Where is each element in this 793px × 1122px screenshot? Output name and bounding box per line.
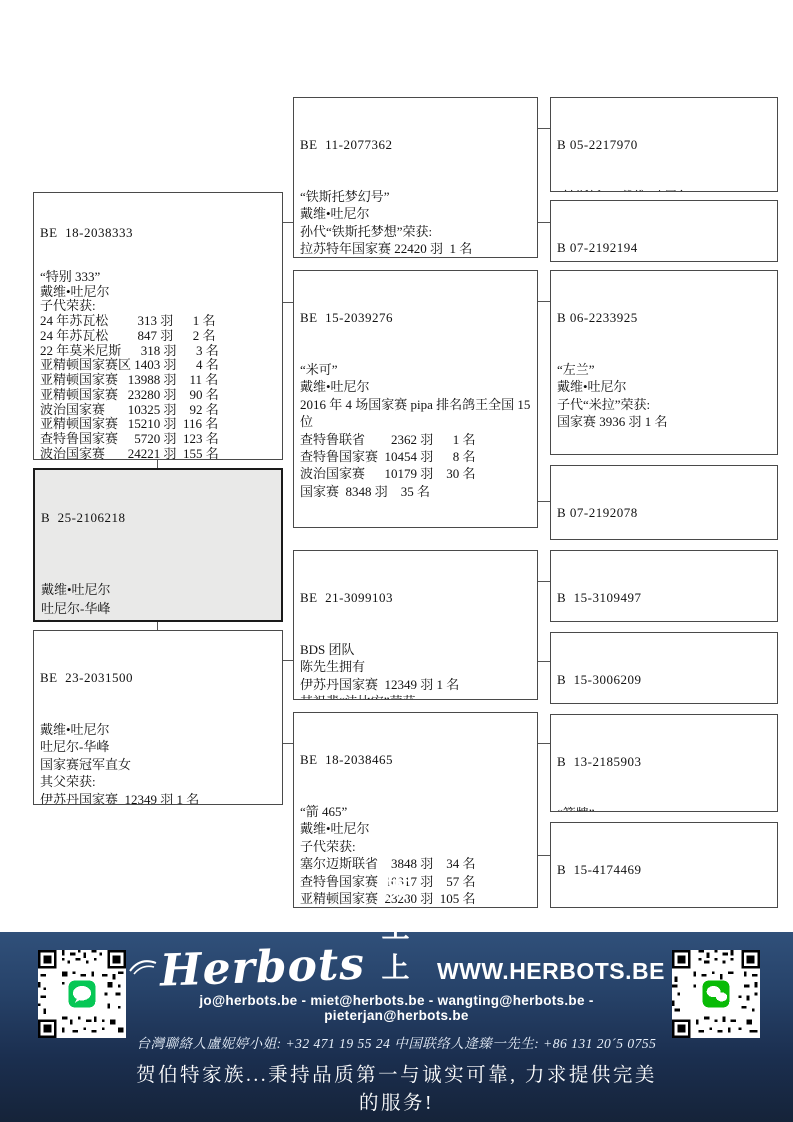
pedigree-connector (283, 222, 293, 223)
ring-number: BE 18-2038465 (300, 751, 531, 768)
text-line: 波治国家赛 10325 羽 92 名 (40, 403, 276, 418)
text-line: “箭 465” (300, 803, 531, 820)
box-lines: “箭牌”戴维•吐尼尔“铁斯托”直子“箭牌”的子代荣获:国家赛 18689 羽 4… (557, 805, 771, 812)
text-line: 国家赛 3936 羽 1 名 (557, 413, 771, 430)
text-line: 亚精顿国家赛 23280 羽 90 名 (40, 388, 276, 403)
contact-emails: jo@herbots.be - miet@herbots.be - wangti… (128, 993, 665, 1023)
text-line: 其父荣获: (40, 773, 276, 790)
pedigree-connector (283, 660, 293, 661)
pedigree-connector (538, 743, 550, 744)
text-line: 戴维•吐尼尔 (40, 285, 276, 300)
text-line: “左兰” (557, 361, 771, 378)
phone-contacts: 台灣聯絡人盧妮婷小姐: +32 471 19 55 24 中国联络人逄臻一先生:… (128, 1032, 665, 1052)
pedigree-connector (538, 301, 550, 302)
text-line: 戴维•吐尼尔 (40, 721, 276, 738)
pedigree-box-b-07-2192194: B 07-2192194 “芙蓉小姐” -戴维•吐尼尔波治国家赛 11933 羽… (550, 200, 778, 262)
pedigree-box-b-15-3109497: B 15-3109497 BDS 团队子代荣获:伊苏丹国家赛 12349 羽 1… (550, 550, 778, 622)
text-line: 查特鲁国家赛 5720 羽 123 名 (40, 432, 276, 447)
pedigree-page: BE 18-2038333 “特别 333”戴维•吐尼尔子代荣获:24 年苏瓦松… (0, 0, 793, 1122)
box-lines: “特别 333”戴维•吐尼尔子代荣获:24 年苏瓦松 313 羽 1 名24 年… (40, 270, 276, 460)
ring-number: B 15-4174469 (557, 861, 771, 878)
text-line: 戴维•吐尼尔 (300, 205, 531, 222)
text-line: 亚精顿国家赛 15210 羽 116 名 (40, 417, 276, 432)
text-line: BDS 团队 (300, 641, 531, 658)
ring-number: B 06-2233925 (557, 309, 771, 326)
box-lines: “米可”戴维•吐尼尔2016 年 4 场国家赛 pipa 排名鸽王全国 15 位… (300, 361, 531, 500)
ring-number: BE 18-2038333 (40, 226, 276, 241)
ring-number: BE 21-3099103 (300, 589, 531, 606)
brand-tagline: 品质至上 (381, 826, 421, 990)
footer-slogan: 贺伯特家族...秉持品质第一与诚实可靠, 力求提供完美的服务! (128, 1059, 665, 1115)
box-lines: 戴维•吐尼尔吐尼尔-华峰国家赛冠军直女其父荣获:伊苏丹国家赛 12349 羽 1… (40, 721, 276, 805)
text-line: 亚精顿国家赛 13988 羽 11 名 (40, 373, 276, 388)
qr-code-image (38, 950, 126, 1038)
pedigree-connector (157, 460, 158, 468)
pedigree-connector (283, 302, 293, 303)
ring-number: BE 15-2039276 (300, 309, 531, 326)
text-line: 孙代“铁斯托梦想”荣获: (300, 223, 531, 240)
pedigree-box-subject-b-25-2106218: B 25-2106218 戴维•吐尼尔吐尼尔-华峰雄 (33, 468, 283, 622)
line-qr-code (38, 950, 126, 1038)
text-line: 子代“米拉”荣获: (557, 396, 771, 413)
text-line: 子代荣获: (40, 299, 276, 314)
text-line: 国家赛 8348 羽 35 名 (300, 483, 531, 500)
ring-number: B 07-2192078 (557, 504, 771, 521)
box-lines: 戴维•吐尼尔吐尼尔-华峰雄 (41, 564, 275, 622)
pedigree-box-b-07-2192078: B 07-2192078 “灰国家雌” 戴维•吐尼尔子代“米拉”荣获:国家赛 3… (550, 465, 778, 540)
ring-number: B 05-2217970 (557, 136, 771, 153)
pedigree-box-be-11-2077362: BE 11-2077362 “铁斯托梦幻号”戴维•吐尼尔孙代“铁斯托梦想”荣获:… (293, 97, 538, 258)
pedigree-box-be-21-3099103: BE 21-3099103 BDS 团队陈先生拥有伊苏丹国家赛 12349 羽 … (293, 550, 538, 700)
box-lines: “左兰”戴维•吐尼尔子代“米拉”荣获:国家赛 3936 羽 1 名 (557, 361, 771, 431)
text-line: “米可” (300, 361, 531, 378)
text-line: “铁斯托”—戴维•吐尼尔 (557, 188, 771, 192)
brand-row: Herbots 品质至上 WWW.HERBOTS.BE (128, 938, 665, 990)
text-line: 吐尼尔-华峰 (41, 600, 275, 618)
text-line: 22 年莫米尼斯 318 羽 3 名 (40, 344, 276, 359)
text-line: 伊苏丹国家赛 12349 羽 1 名 (300, 676, 531, 693)
text-line: 戴维•吐尼尔 (41, 581, 275, 599)
text-line: “箭牌” (557, 805, 771, 812)
pedigree-box-b-15-3006209: B 15-3006209 BDS 团队子代“鸽王佛斯豪特”荣获:KBDB 一岁鸽… (550, 632, 778, 704)
text-line: 其祖辈“法比安”荣获: (300, 693, 531, 700)
pedigree-connector (538, 855, 550, 856)
brand-logo: Herbots (159, 942, 365, 993)
text-line: “特别 333” (40, 270, 276, 285)
wing-flourish-icon (128, 955, 158, 981)
text-line: 国家赛冠军直女 (40, 756, 276, 773)
text-line: 查特鲁国家赛 10454 羽 8 名 (300, 448, 531, 465)
line-app-icon (69, 981, 96, 1008)
ring-number: B 13-2185903 (557, 753, 771, 770)
text-line: 伊苏丹国家赛 12349 羽 1 名 (40, 791, 276, 805)
text-line: 查特鲁联省 2362 羽 1 名 (300, 431, 531, 448)
text-line: 2016 年 4 场国家赛 pipa 排名鸽王全国 15 位 (300, 396, 531, 431)
text-line (41, 564, 275, 581)
website-url: WWW.HERBOTS.BE (437, 958, 665, 990)
pedigree-box-b-15-4174469: B 15-4174469 “瓦斯兰小姐”雨果•佛莱明克“罗纳尔多”(KBDB 鸽… (550, 822, 778, 908)
text-line: 雄 (41, 618, 275, 622)
pedigree-box-be-15-2039276: BE 15-2039276 “米可”戴维•吐尼尔2016 年 4 场国家赛 pi… (293, 270, 538, 528)
qr-code-image (672, 950, 760, 1038)
pedigree-connector (157, 622, 158, 630)
pedigree-box-b-05-2217970: B 05-2217970 “铁斯托”—戴维•吐尼尔超级种鸽后代荣获:波治国家赛 … (550, 97, 778, 192)
pedigree-connector (538, 128, 550, 129)
wechat-qr-code (672, 950, 760, 1038)
ring-number: BE 11-2077362 (300, 136, 531, 153)
pedigree-box-be-23-2031500: BE 23-2031500 戴维•吐尼尔吐尼尔-华峰国家赛冠军直女其父荣获:伊苏… (33, 630, 283, 805)
ring-number: B 15-3006209 (557, 671, 771, 688)
text-line: 戴维•吐尼尔 (557, 378, 771, 395)
ring-number: B 25-2106218 (41, 509, 275, 527)
pedigree-box-be-18-2038333: BE 18-2038333 “特别 333”戴维•吐尼尔子代荣获:24 年苏瓦松… (33, 192, 283, 460)
pedigree-connector (538, 222, 550, 223)
pedigree-connector (538, 581, 550, 582)
pedigree-box-b-06-2233925: B 06-2233925 “左兰”戴维•吐尼尔子代“米拉”荣获:国家赛 3936… (550, 270, 778, 455)
text-line: 吐尼尔-华峰 (40, 738, 276, 755)
text-line: 24 年苏瓦松 313 羽 1 名 (40, 314, 276, 329)
text-line: 戴维•吐尼尔 (300, 378, 531, 395)
box-lines: “铁斯托梦幻号”戴维•吐尼尔孙代“铁斯托梦想”荣获:拉苏特年国家赛 22420 … (300, 188, 531, 258)
text-line: 亚精顿国家赛区 1403 羽 4 名 (40, 358, 276, 373)
text-line: 波治国家赛 24221 羽 155 名 (40, 447, 276, 460)
text-line: 拉苏特年国家赛 22420 羽 1 名 (300, 240, 531, 257)
text-line: 24 年苏瓦松 847 羽 2 名 (40, 329, 276, 344)
pedigree-connector (538, 661, 550, 662)
ring-number: B 07-2192194 (557, 239, 771, 256)
wechat-icon (703, 981, 730, 1008)
footer-banner: Herbots 品质至上 WWW.HERBOTS.BE jo@herbots.b… (0, 932, 793, 1122)
ring-number: B 15-3109497 (557, 589, 771, 606)
pedigree-connector (283, 743, 293, 744)
box-lines: BDS 团队陈先生拥有伊苏丹国家赛 12349 羽 1 名其祖辈“法比安”荣获:… (300, 641, 531, 700)
ring-number: BE 23-2031500 (40, 669, 276, 686)
pedigree-connector (538, 501, 550, 502)
text-line: 陈先生拥有 (300, 658, 531, 675)
box-lines: “铁斯托”—戴维•吐尼尔超级种鸽后代荣获:波治国家赛 25096 羽 1 名 (557, 188, 771, 192)
text-line: 波治国家赛 10179 羽 30 名 (300, 465, 531, 482)
text-line: “铁斯托梦幻号” (300, 188, 531, 205)
pedigree-box-b-13-2185903: B 13-2185903 “箭牌”戴维•吐尼尔“铁斯托”直子“箭牌”的子代荣获:… (550, 714, 778, 812)
